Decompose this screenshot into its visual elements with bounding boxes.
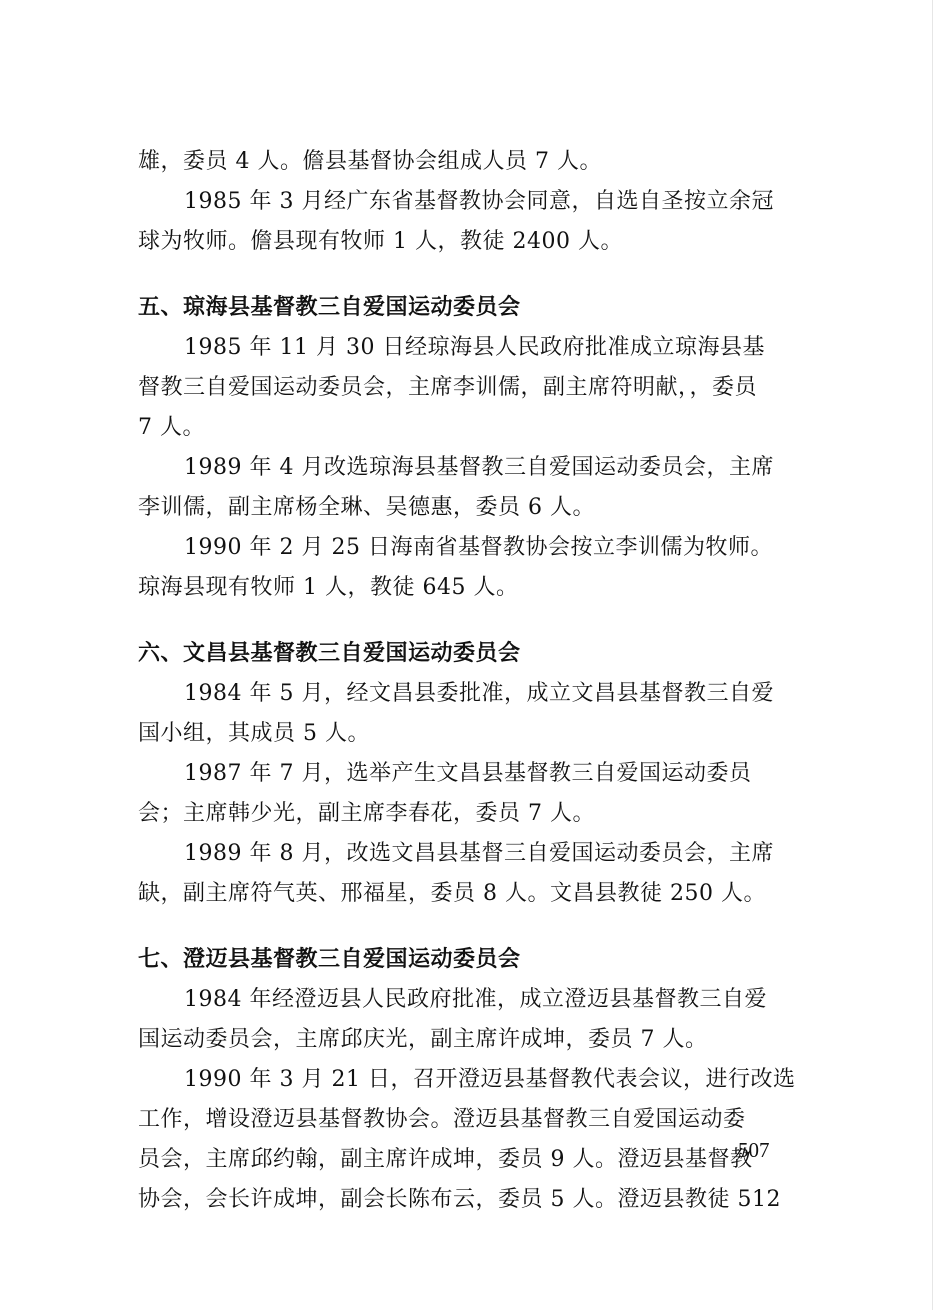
text-line: 工作，增设澄迈县基督教协会。澄迈县基督教三自爱国运动委 (138, 1106, 746, 1134)
text-line: 1990 年 3 月 21 日，召开澄迈县基督教代表会议，进行改选 (184, 1066, 795, 1094)
text-line: 李训儒，副主席杨全琳、吴德惠，委员 6 人。 (138, 494, 595, 522)
text-line: 7 人。 (138, 414, 205, 442)
text-line: 1984 年 5 月，经文昌县委批准，成立文昌县基督教三自爱 (184, 680, 774, 708)
text-line: 1989 年 4 月改选琼海县基督教三自爱国运动委员会，主席 (184, 454, 774, 482)
text-line: 1985 年 3 月经广东省基督教协会同意，自选自圣按立余冠 (184, 188, 774, 216)
text-line: 球为牧师。儋县现有牧师 1 人，教徒 2400 人。 (138, 228, 623, 256)
section-heading-qionghai: 五、琼海县基督教三自爱国运动委员会 (138, 294, 521, 322)
text-line: 雄，委员 4 人。儋县基督协会组成人员 7 人。 (138, 148, 602, 176)
text-line: 1990 年 2 月 25 日海南省基督教协会按立李训儒为牧师。 (184, 534, 773, 562)
page-number: 507 (738, 1138, 770, 1163)
text-line: 缺，副主席符气英、邢福星，委员 8 人。文昌县教徒 250 人。 (138, 880, 766, 908)
text-line: 会；主席韩少光，副主席李春花，委员 7 人。 (138, 800, 595, 828)
text-line: 国运动委员会，主席邱庆光，副主席许成坤，委员 7 人。 (138, 1026, 708, 1054)
text-line: 国小组，其成员 5 人。 (138, 720, 370, 748)
section-heading-wenchang: 六、文昌县基督教三自爱国运动委员会 (138, 640, 521, 668)
text-line: 督教三自爱国运动委员会，主席李训儒，副主席符明献，，委员 (138, 374, 757, 402)
text-line: 1985 年 11 月 30 日经琼海县人民政府批准成立琼海县基 (184, 334, 765, 362)
scan-edge-divider (932, 0, 933, 1310)
text-line: 1987 年 7 月，选举产生文昌县基督教三自爱国运动委员 (184, 760, 751, 788)
text-line: 协会，会长许成坤，副会长陈布云，委员 5 人。澄迈县教徒 512 (138, 1186, 781, 1214)
text-line: 员会，主席邱约翰，副主席许成坤，委员 9 人。澄迈县基督教 (138, 1146, 753, 1174)
text-line: 1989 年 8 月，改选文昌县基督三自爱国运动委员会，主席 (184, 840, 774, 868)
section-heading-chengmai: 七、澄迈县基督教三自爱国运动委员会 (138, 946, 521, 974)
text-line: 1984 年经澄迈县人民政府批准，成立澄迈县基督教三自爱 (184, 986, 767, 1014)
text-line: 琼海县现有牧师 1 人，教徒 645 人。 (138, 574, 518, 602)
